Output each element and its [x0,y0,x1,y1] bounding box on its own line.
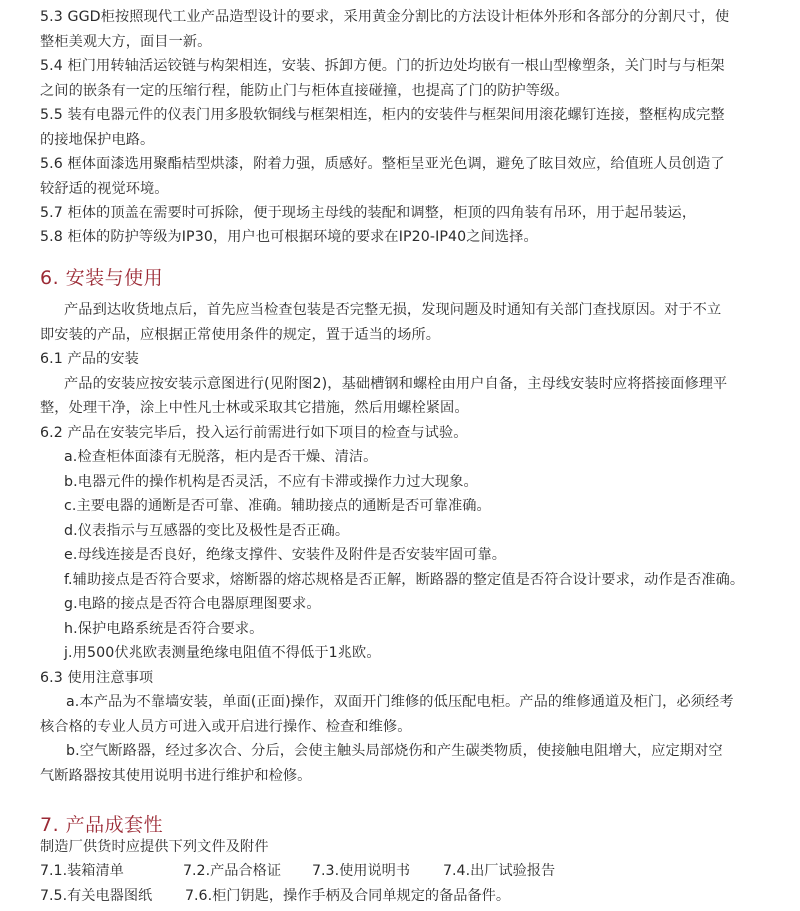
clause-6-3-b-line-1: b.空气断路器，经过多次合、分后，会使主触头局部烧伤和产生碳类物质，使接触电阻增… [66,741,723,761]
clause-6-3-title: 6.3 使用注意事项 [40,668,153,688]
clause-5-7: 5.7 柜体的顶盖在需要时可拆除，便于现场主母线的装配和调整，柜顶的四角装有吊环… [40,203,696,223]
clause-5-3-line-1: 5.3 GGD柜按照现代工业产品造型设计的要求，采用黄金分割比的方法设计柜体外形… [40,7,729,27]
checklist-item-b: b.电器元件的操作机构是否灵活，不应有卡滞或操作力过大现象。 [64,472,478,492]
clause-6-3-a-line-1: a.本产品为不靠墙安装，单面(正面)操作，双面开门维修的低压配电柜。产品的维修通… [66,692,734,712]
clause-6-1-body-line-2: 整，处理干净，涂上中性凡士林或采取其它措施，然后用螺栓紧固。 [40,398,469,418]
checklist-item-a: a.检查柜体面漆有无脱落，柜内是否干燥、清洁。 [64,447,377,467]
section-7-intro: 制造厂供货时应提供下列文件及附件 [40,837,269,857]
clause-6-3-b-line-2: 气断路器按其使用说明书进行维护和检修。 [40,766,311,786]
clause-5-6-line-1: 5.6 框体面漆选用聚酯桔型烘漆，附着力强，质感好。整柜呈亚光色调，避免了眩目效… [40,154,725,174]
clause-5-4-line-1: 5.4 柜门用转轴活运铰链与构架相连，安装、拆卸方便。门的折边处均嵌有一根山型橡… [40,56,725,76]
checklist-item-d: d.仪表指示与互感器的变比及极性是否正确。 [64,521,349,541]
clause-5-3-line-2: 整柜美观大方，面目一新。 [40,32,211,52]
checklist-item-f: f.辅助接点是否符合要求，熔断器的熔芯规格是否正解，断路器的整定值是否符合设计要… [64,570,744,590]
clause-6-3-a-line-2: 核合格的专业人员方可进入或开启进行操作、检查和维修。 [40,717,411,737]
clause-5-5-line-2: 的接地保护电路。 [40,130,154,150]
clause-6-1-title: 6.1 产品的安装 [40,349,139,369]
checklist-item-e: e.母线连接是否良好，绝缘支撑件、安装件及附件是否安装牢固可靠。 [64,545,506,565]
clause-5-5-line-1: 5.5 装有电器元件的仪表门用多股软铜线与框架相连，柜内的安装件与框架间用滚花螺… [40,105,725,125]
kit-item-7-1: 7.1.装箱清单 [40,861,124,881]
kit-item-7-2: 7.2.产品合格证 [183,861,281,881]
clause-5-4-line-2: 之间的嵌条有一定的压缩行程，能防止门与柜体直接碰撞，也提高了门的防护等级。 [40,81,569,101]
section-6-heading: 6. 安装与使用 [40,263,163,290]
kit-item-7-5: 7.5.有关电器图纸 [40,886,152,906]
checklist-item-c: c.主要电器的通断是否可靠、准确。辅助接点的通断是否可靠准确。 [64,496,491,516]
section-6-intro-line-2: 即安装的产品，应根据正常使用条件的规定，置于适当的场所。 [40,325,440,345]
clause-6-2-title: 6.2 产品在安装完毕后，投入运行前需进行如下项目的检查与试验。 [40,423,468,443]
checklist-item-h: h.保护电路系统是否符合要求。 [64,619,263,639]
clause-5-6-line-2: 较舒适的视觉环境。 [40,179,169,199]
checklist-item-g: g.电路的接点是否符合电器原理图要求。 [64,594,321,614]
clause-5-8: 5.8 柜体的防护等级为IP30，用户也可根据环境的要求在IP20-IP40之间… [40,227,538,247]
kit-item-7-6: 7.6.柜门钥匙，操作手柄及合同单规定的备品备件。 [185,886,510,906]
section-6-intro-line-1: 产品到达收货地点后，首先应当检查包装是否完整无损，发现问题及时通知有关部门查找原… [64,300,721,320]
kit-item-7-3: 7.3.使用说明书 [312,861,410,881]
kit-item-7-4: 7.4.出厂试验报告 [443,861,555,881]
checklist-item-j: j.用500伏兆欧表测量绝缘电阻值不得低于1兆欧。 [64,643,381,663]
section-7-heading: 7. 产品成套性 [40,810,163,837]
clause-6-1-body-line-1: 产品的安装应按安装示意图进行(见附图2)，基础槽钢和螺栓由用户自备，主母线安装时… [64,374,727,394]
